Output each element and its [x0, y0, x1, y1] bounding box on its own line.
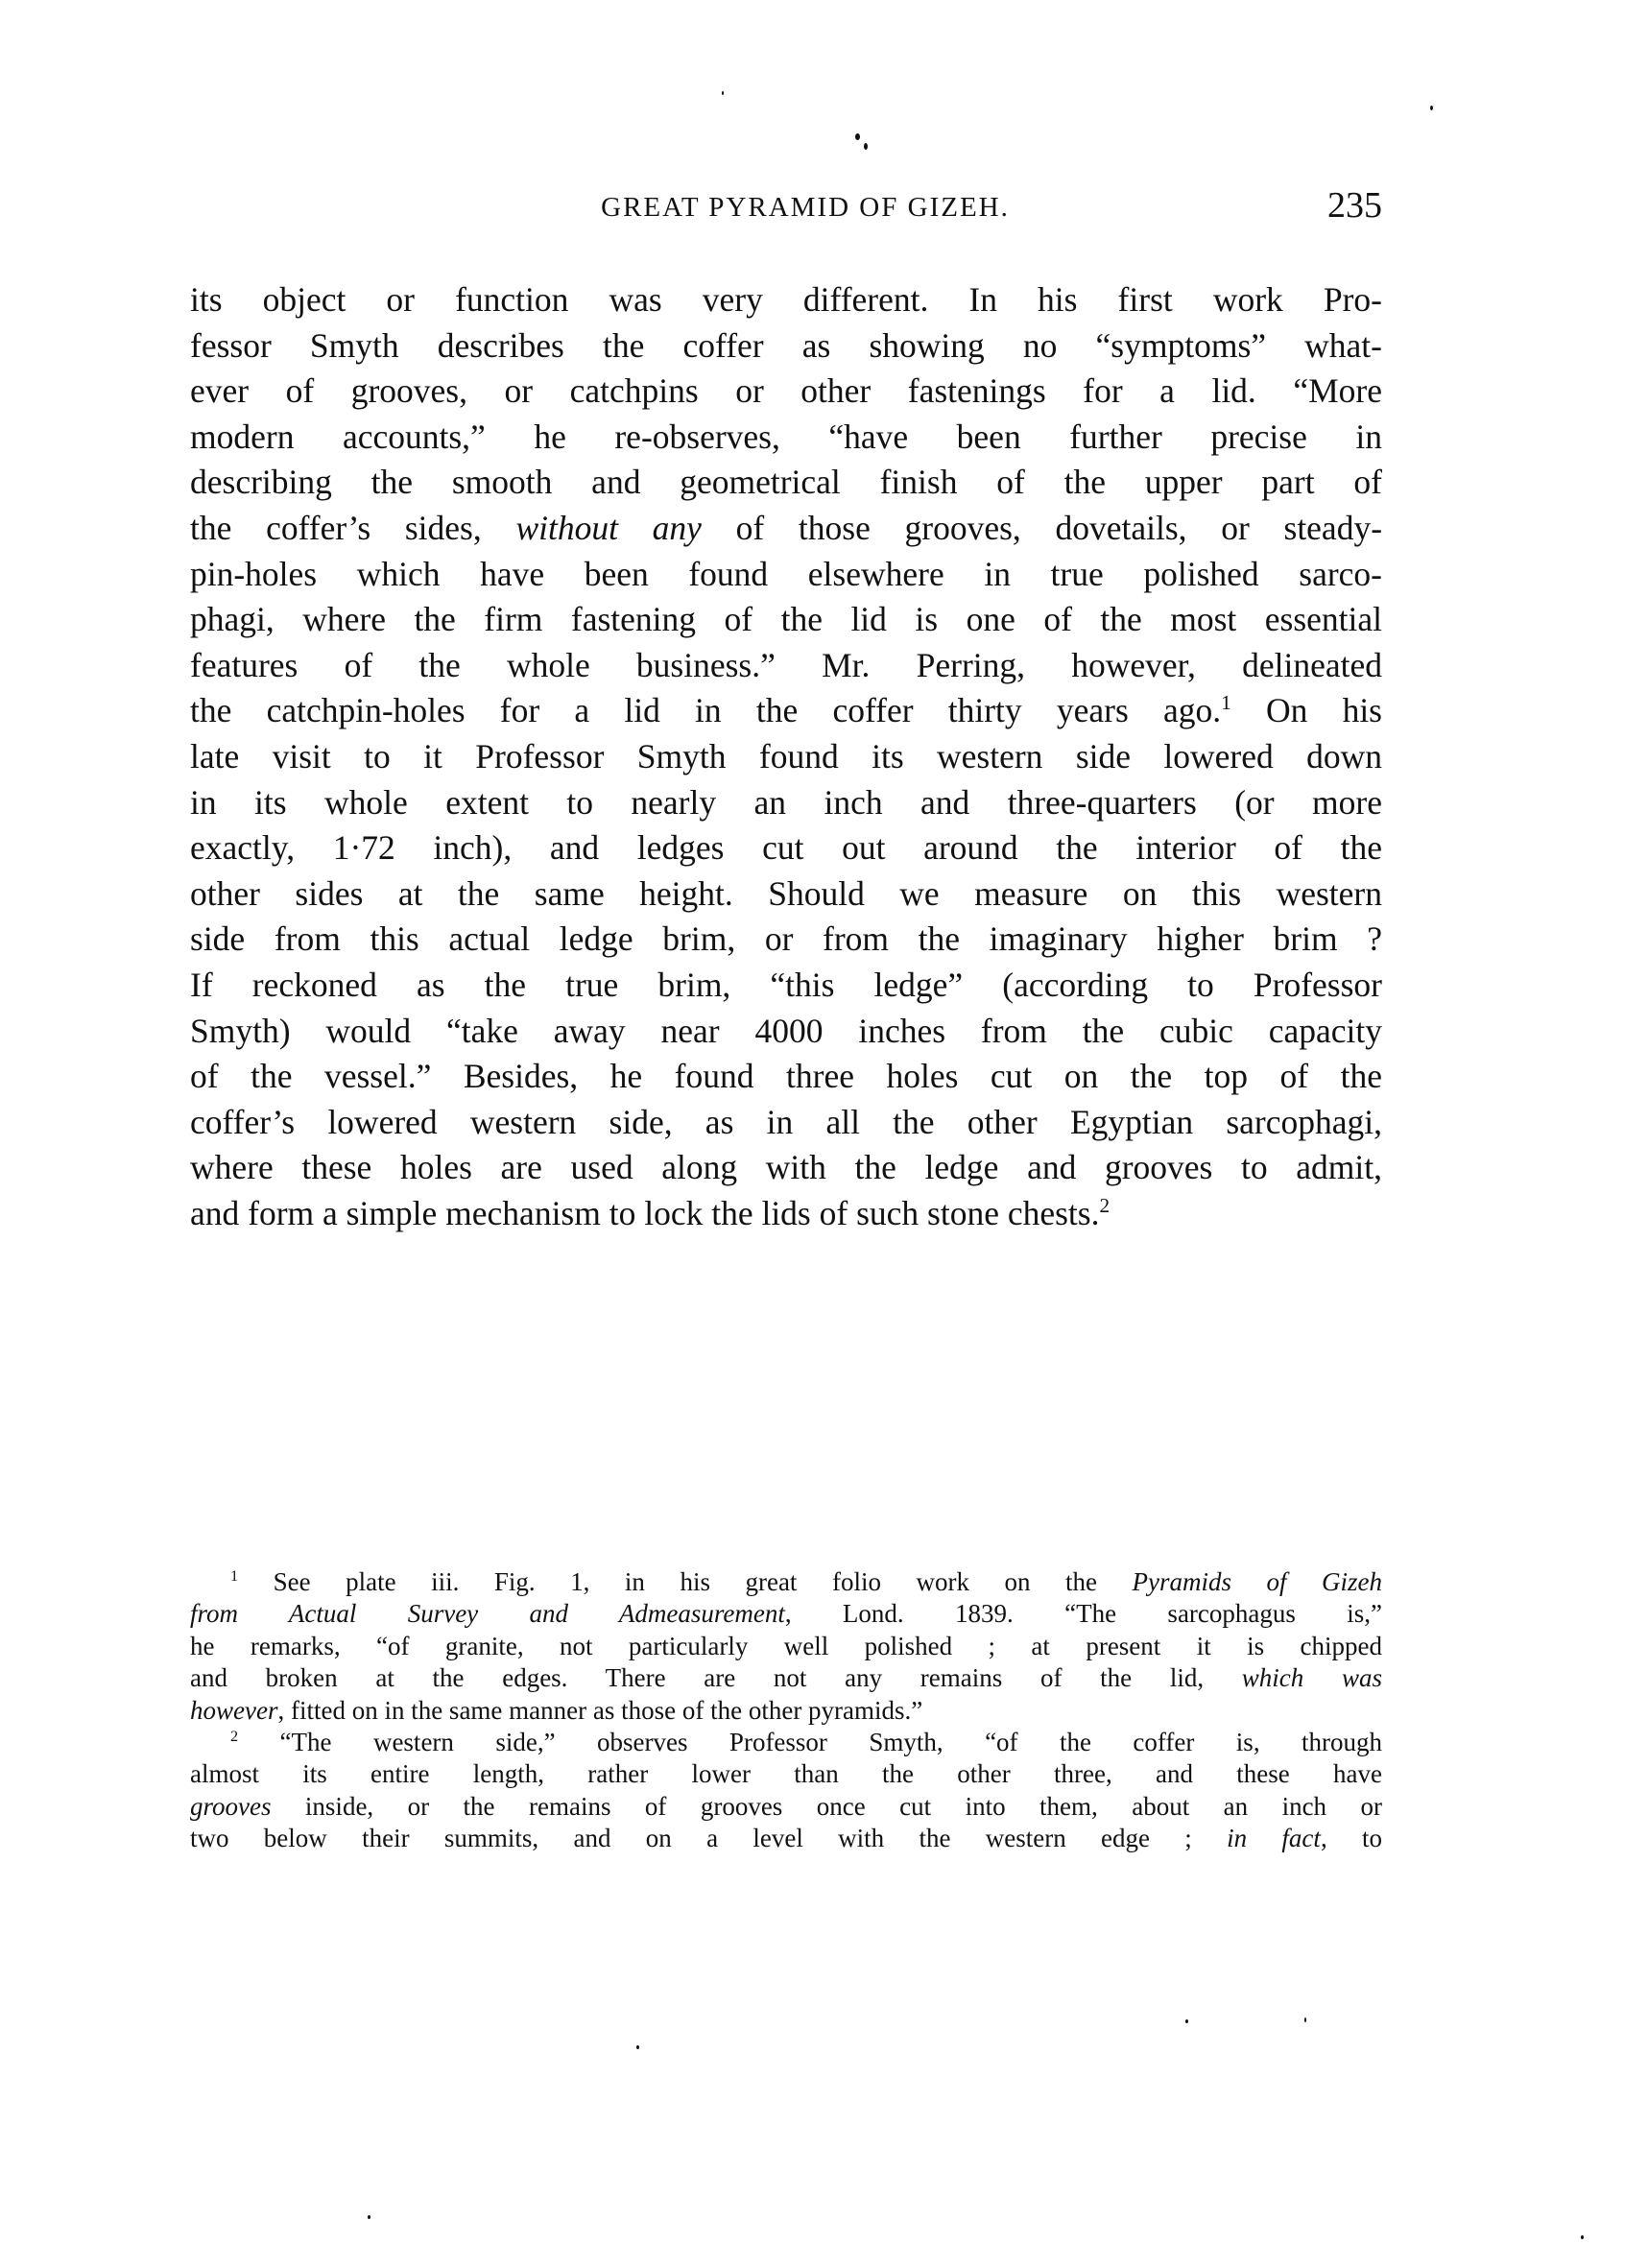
footnote-line: however, fitted on in the same manner as…	[190, 1695, 1382, 1727]
footnote-line: two below their summits, and on a level …	[190, 1823, 1382, 1854]
text-line: where these holes are used along with th…	[190, 1145, 1382, 1191]
text-line: ever of grooves, or catchpins or other f…	[190, 369, 1382, 415]
scan-speck	[1185, 2019, 1188, 2023]
italic-text: grooves	[190, 1792, 271, 1821]
text-line: Smyth) would “take away near 4000 inches…	[190, 1009, 1382, 1055]
footnote-line: he remarks, “of granite, not particularl…	[190, 1631, 1382, 1662]
footnote-marker: 2	[230, 1728, 238, 1745]
footnote-line: grooves inside, or the remains of groove…	[190, 1791, 1382, 1823]
text-line: its object or function was very differen…	[190, 277, 1382, 323]
italic-text: in fact	[1227, 1824, 1321, 1852]
footnote-marker: 1	[230, 1567, 238, 1585]
footnote-line: and broken at the edges. There are not a…	[190, 1662, 1382, 1694]
text-line: phagi, where the firm fastening of the l…	[190, 597, 1382, 643]
text-line: exactly, 1·72 inch), and ledges cut out …	[190, 825, 1382, 871]
italic-text: however	[190, 1696, 277, 1725]
text-line: late visit to it Professor Smyth found i…	[190, 734, 1382, 780]
text-line: side from this actual ledge brim, or fro…	[190, 917, 1382, 963]
footnote: 2 “The western side,” observes Professor…	[190, 1727, 1382, 1855]
text-line: the coffer’s sides, without any of those…	[190, 506, 1382, 552]
italic-text: Pyramids of Gizeh	[1133, 1567, 1383, 1596]
text-line: in its whole extent to nearly an inch an…	[190, 780, 1382, 826]
footnote-reference: 2	[1099, 1194, 1110, 1217]
scan-speck	[368, 2215, 370, 2219]
text-line: pin-holes which have been found elsewher…	[190, 552, 1382, 598]
text-line: features of the whole business.” Mr. Per…	[190, 643, 1382, 689]
scan-speck	[722, 91, 724, 95]
text-line: other sides at the same height. Should w…	[190, 871, 1382, 918]
page-header: GREAT PYRAMID OF GIZEH. 235	[190, 188, 1382, 230]
scan-speck	[855, 133, 860, 140]
scan-speck	[1304, 2017, 1306, 2022]
footnote: 1 See plate iii. Fig. 1, in his great fo…	[190, 1566, 1382, 1727]
scan-speck	[636, 2045, 639, 2049]
spacer	[190, 1557, 1382, 1566]
italic-text: from Actual Survey and Admeasurement	[190, 1599, 785, 1628]
text-line: and form a simple mechanism to lock the …	[190, 1191, 1382, 1237]
scan-speck	[864, 143, 868, 150]
italic-text: which was	[1242, 1663, 1382, 1692]
text-line: of the vessel.” Besides, he found three …	[190, 1054, 1382, 1100]
italic-text: without any	[515, 509, 701, 547]
scan-speck	[1430, 106, 1433, 110]
page-number: 235	[1327, 184, 1382, 227]
text-line: fessor Smyth describes the coffer as sho…	[190, 323, 1382, 370]
scan-speck	[1581, 2235, 1584, 2239]
text-line: modern accounts,” he re-observes, “have …	[190, 415, 1382, 461]
footnote-line: 2 “The western side,” observes Professor…	[190, 1727, 1382, 1758]
text-line: If reckoned as the true brim, “this ledg…	[190, 963, 1382, 1009]
footnote-line: almost its entire length, rather lower t…	[190, 1758, 1382, 1790]
text-line: coffer’s lowered western side, as in all…	[190, 1100, 1382, 1146]
footnote-line: 1 See plate iii. Fig. 1, in his great fo…	[190, 1566, 1382, 1598]
footnote-reference: 1	[1221, 692, 1231, 715]
text-line: the catchpin-holes for a lid in the coff…	[190, 688, 1382, 734]
text-line: describing the smooth and geometrical fi…	[190, 460, 1382, 506]
body-text: its object or function was very differen…	[190, 277, 1382, 1236]
footnote-line: from Actual Survey and Admeasurement, Lo…	[190, 1598, 1382, 1630]
footnotes: 1 See plate iii. Fig. 1, in his great fo…	[190, 1557, 1382, 1855]
running-head: GREAT PYRAMID OF GIZEH.	[190, 192, 1382, 224]
